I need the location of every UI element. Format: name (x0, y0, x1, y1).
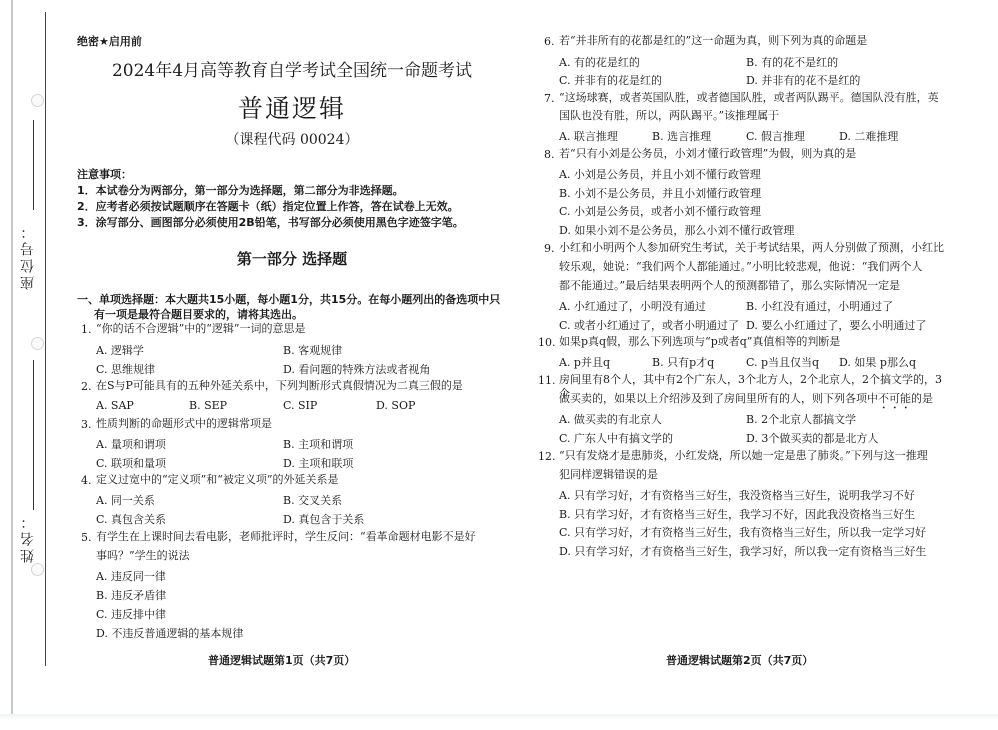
question-number: 3. (81, 418, 92, 431)
page-footer: 普通逻辑试题第1页（共7页） (208, 652, 355, 668)
question-text: 如果p真q假，那么下列选项与“p或者q”真值相等的判断是 (559, 335, 840, 349)
question-number: 11. (538, 374, 556, 387)
option-c: C. 小刘是公务员，或者小刘不懂行政管理 (559, 203, 761, 219)
question-text-cont: 做买卖的，如果以上介绍涉及到了房间里所有的人，则下列各项中不可能的是 (559, 392, 933, 412)
exam-title: 2024年4月高等教育自学考试全国统一命题考试 (72, 56, 512, 81)
punch-hole-icon (31, 337, 44, 350)
punch-hole-icon (31, 563, 44, 576)
question-text: 性质判断的命题形式中的逻辑常项是 (96, 417, 272, 431)
option-d: D. 看问题的特殊方法或者视角 (283, 361, 430, 377)
option-c: C. 联项和量项 (96, 455, 166, 471)
question-text: 若“并非所有的花都是红的”这一命题为真，则下列为真的命题是 (559, 34, 867, 48)
option-d: D. 如果 p那么q (839, 354, 916, 370)
binding-edge-line (11, 0, 13, 715)
question-text: “这场球赛，或者英国队胜，或者德国队胜，或者两队踢平。德国队没有胜，英 (559, 91, 939, 105)
option-b: B. 违反矛盾律 (96, 587, 166, 603)
question-number: 1. (81, 323, 92, 336)
question-text-part: 的是 (911, 392, 933, 405)
option-b: B. 交叉关系 (283, 492, 342, 508)
option-a: A. 量项和谓项 (96, 436, 166, 452)
course-code: （课程代码 00024） (72, 129, 512, 149)
notice-item: 3．涂写部分、画图部分必须使用2B铅笔，书写部分必须使用黑色字迹签字笔。 (77, 214, 464, 230)
question-text: 若“只有小刘是公务员，小刘才懂行政管理”为假，则为真的是 (559, 147, 856, 161)
option-a: A. 联言推理 (559, 128, 618, 144)
question-number: 9. (544, 242, 555, 255)
question-number: 12. (538, 450, 556, 463)
option-b: B. 客观规律 (283, 342, 342, 358)
option-c: C. 并非有的花是红的 (559, 72, 662, 88)
name-label: 姓名： (18, 512, 40, 563)
page-footer: 普通逻辑试题第2页（共7页） (666, 652, 813, 668)
notice-item: 2．应考者必须按试题顺序在答题卡（纸）指定位置上作答，答在试卷上无效。 (77, 198, 459, 214)
option-a: A. SAP (96, 399, 134, 412)
option-d: D. 要么小红通过了，要么小明通过了 (746, 317, 926, 333)
question-text-part: 做买卖的，如果以上介绍涉及到了房间里所有的人，则下列各项中 (559, 392, 878, 405)
option-a: A. 只有学习好，才有资格当三好生，我没资格当三好生，说明我学习不好 (559, 487, 915, 503)
question-number: 10. (538, 336, 556, 349)
question-text: “只有发烧才是患肺炎，小红发烧，所以她一定是患了肺炎。”下列与这一推理 (559, 449, 928, 463)
question-text: 在S与P可能具有的五种外延关系中，下列判断形式真假情况为二真三假的是 (96, 379, 463, 393)
notice-heading: 注意事项： (77, 166, 132, 182)
question-number: 5. (81, 531, 92, 544)
option-b: B. SEP (189, 399, 227, 412)
option-d: D. 3个做买卖的都是北方人 (746, 430, 878, 446)
question-text: 小红和小明两个人参加研究生考试，关于考试结果，两人分别做了预测，小红比 (559, 241, 944, 255)
question-text-cont: 国队也没有胜，所以，两队踢平。”该推理属于 (559, 109, 779, 123)
name-underline-top (33, 360, 34, 510)
option-c: C. 只有学习好，才有资格当三好生，我有资格当三好生，所以我一定学习好 (559, 524, 926, 540)
option-c: C. 或者小红通过了，或者小明通过了 (559, 317, 739, 333)
question-text: “你的话不合逻辑”中的“逻辑”一词的意思是 (96, 322, 306, 336)
option-a: A. 做买卖的有北京人 (559, 411, 662, 427)
option-b: B. 选言推理 (652, 128, 711, 144)
question-text: 定义过宽中的“定义项”和“被定义项”的外延关系是 (96, 473, 339, 487)
option-a: A. p并且q (559, 354, 610, 370)
seat-number-label: 座位号： (18, 222, 40, 290)
option-b: B. 主项和谓项 (283, 436, 353, 452)
question-text-cont: 都不能通过。”最后结果表明两个人的预测都错了，那么实际情况一定是 (559, 279, 900, 293)
option-a: A. 同一关系 (96, 492, 155, 508)
emphasis-text: 不可能 (878, 392, 911, 405)
option-d: D. 主项和联项 (283, 455, 353, 471)
binding-cut-line (45, 12, 46, 666)
option-c: C. 违反排中律 (96, 606, 166, 622)
option-b: B. 只有p才q (652, 354, 714, 370)
option-c: C. p当且仅当q (746, 354, 819, 370)
option-d: D. 并非有的花不是红的 (746, 72, 860, 88)
notice-item: 1．本试卷分为两部分，第一部分为选择题，第二部分为非选择题。 (77, 182, 404, 198)
question-text-cont: 事吗？”学生的说法 (96, 549, 190, 563)
option-d: D. SOP (376, 399, 415, 412)
option-d: D. 真包含于关系 (283, 511, 364, 527)
option-d: D. 如果小刘不是公务员，那么小刘不懂行政管理 (559, 222, 794, 238)
option-c: C. 假言推理 (746, 128, 805, 144)
option-b: B. 2个北京人都搞文学 (746, 411, 856, 427)
option-b: B. 小刘不是公务员，并且小刘懂行政管理 (559, 185, 761, 201)
option-c: C. 真包含关系 (96, 511, 166, 527)
section-instructions-cont: 有一项是最符合题目要求的，请将其选出。 (94, 306, 524, 322)
option-a: A. 小刘是公务员，并且小刘不懂行政管理 (559, 166, 761, 182)
question-number: 6. (544, 35, 555, 48)
question-number: 4. (81, 474, 92, 487)
confidential-mark: 绝密★启用前 (77, 33, 142, 49)
page-bottom-edge (0, 714, 998, 720)
question-number: 7. (544, 92, 555, 105)
seat-underline (33, 120, 34, 210)
option-d: D. 不违反普通逻辑的基本规律 (96, 625, 243, 641)
option-d: D. 二难推理 (839, 128, 898, 144)
option-a: A. 小红通过了，小明没有通过 (559, 298, 706, 314)
option-a: A. 逻辑学 (96, 342, 144, 358)
option-c: C. SIP (283, 399, 317, 412)
option-a: A. 违反同一律 (96, 568, 166, 584)
section-instructions: 一、单项选择题：本大题共15小题，每小题1分，共15分。在每小题列出的备选项中只 (77, 291, 507, 307)
option-b: B. 有的花不是红的 (746, 54, 838, 70)
punch-hole-icon (31, 94, 44, 107)
option-d: D. 只有学习好，才有资格当三好生，我学习好，所以我一定有资格当三好生 (559, 543, 926, 559)
question-number: 8. (544, 148, 555, 161)
option-a: A. 有的花是红的 (559, 54, 640, 70)
option-b: B. 小红没有通过，小明通过了 (746, 298, 893, 314)
part-title: 第一部分 选择题 (72, 248, 512, 269)
option-b: B. 只有学习好，才有资格当三好生，我学习不好，因此我没资格当三好生 (559, 506, 915, 522)
question-text-cont: 犯同样逻辑错误的是 (559, 468, 658, 482)
option-c: C. 广东人中有搞文学的 (559, 430, 673, 446)
question-text-cont: 较乐观，她说：“我们两个人都能通过。”小明比较悲观，他说：“我们两个人 (559, 260, 922, 274)
subject-title: 普通逻辑 (72, 89, 512, 125)
option-c: C. 思维规律 (96, 361, 155, 377)
question-number: 2. (81, 380, 92, 393)
question-text: 有学生在上课时间去看电影，老师批评时，学生反问：“看革命题材电影不是好 (96, 530, 476, 544)
